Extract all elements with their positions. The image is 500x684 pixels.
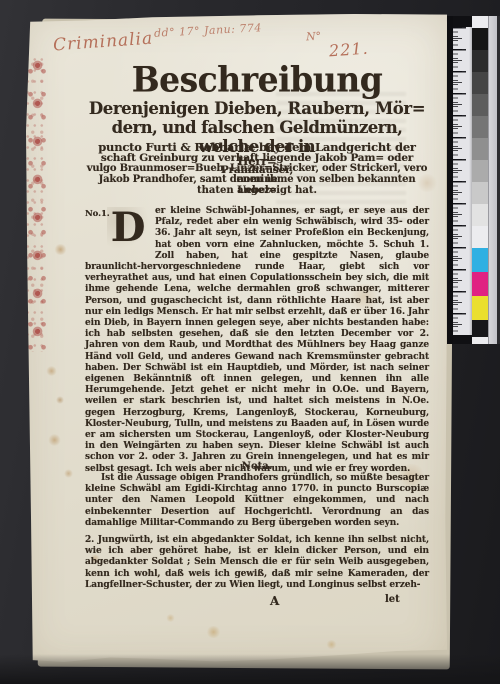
- nota-paragraph: Ist die Aussage obigen Prandhofers gründ…: [85, 473, 429, 529]
- handwritten-nr-value: 221.: [328, 39, 369, 61]
- nota-heading: Nota.: [85, 461, 429, 472]
- ruler-top-cap: [453, 16, 472, 27]
- photo-background: Criminalia dd° 17° Janu: 774 N° 221. Bes…: [0, 0, 500, 684]
- stain: [54, 244, 67, 255]
- stain: [56, 396, 64, 404]
- paragraph-item-2: 2. Jungwürth, ist ein abgedankter Soldat…: [85, 535, 429, 591]
- item-number-label: No.1.: [85, 207, 107, 220]
- grayscale-step: [472, 72, 488, 94]
- decorated-initial: D: [107, 207, 149, 249]
- ruler: [453, 16, 472, 344]
- yellow-patch: [472, 296, 488, 320]
- strip-edge-highlight: [488, 16, 497, 344]
- handwritten-fond-label: Criminalia: [52, 29, 153, 56]
- grayscale-step: [472, 182, 488, 204]
- stain: [64, 469, 73, 478]
- document-page: Criminalia dd° 17° Janu: 774 N° 221. Bes…: [26, 14, 447, 664]
- grayscale-step: [472, 138, 488, 160]
- decorative-brocade-edge: [26, 54, 47, 352]
- patch-column: [472, 16, 488, 344]
- handwritten-date: dd° 17° Janu: 774: [154, 21, 262, 40]
- grayscale-step: [472, 204, 488, 226]
- stain: [48, 434, 61, 446]
- grayscale-step: [472, 94, 488, 116]
- dropcap-box: No.1.D: [85, 207, 151, 253]
- signature-mark: A: [270, 594, 279, 608]
- subtitle-line-7: thaten angezeigt hat.: [85, 185, 429, 196]
- grayscale-step: [472, 116, 488, 138]
- stain: [46, 366, 57, 376]
- grayscale-step: [472, 160, 488, 182]
- grayscale-step: [472, 28, 488, 50]
- cyan-patch: [472, 248, 488, 272]
- ruler-bottom-cap: [453, 335, 472, 344]
- magenta-patch: [472, 272, 488, 296]
- stain: [326, 640, 337, 649]
- black-patch: [472, 320, 488, 337]
- stain: [206, 626, 221, 638]
- paragraph-item-1: No.1.Der kleine Schwäbl-Johannes, er sag…: [85, 206, 429, 475]
- stain: [166, 614, 175, 622]
- white-patch: [472, 226, 488, 248]
- grayscale-step: [472, 50, 488, 72]
- ruler-cm-ticks: [453, 27, 466, 335]
- handwritten-nr-label: N°: [306, 30, 322, 44]
- calibration-strip: [447, 16, 500, 344]
- subtitle-line-1: Derenjenigen Dieben, Raubern, Mör=: [85, 99, 429, 118]
- page-title: Beschreibung: [85, 59, 429, 100]
- catchword: let: [385, 594, 400, 605]
